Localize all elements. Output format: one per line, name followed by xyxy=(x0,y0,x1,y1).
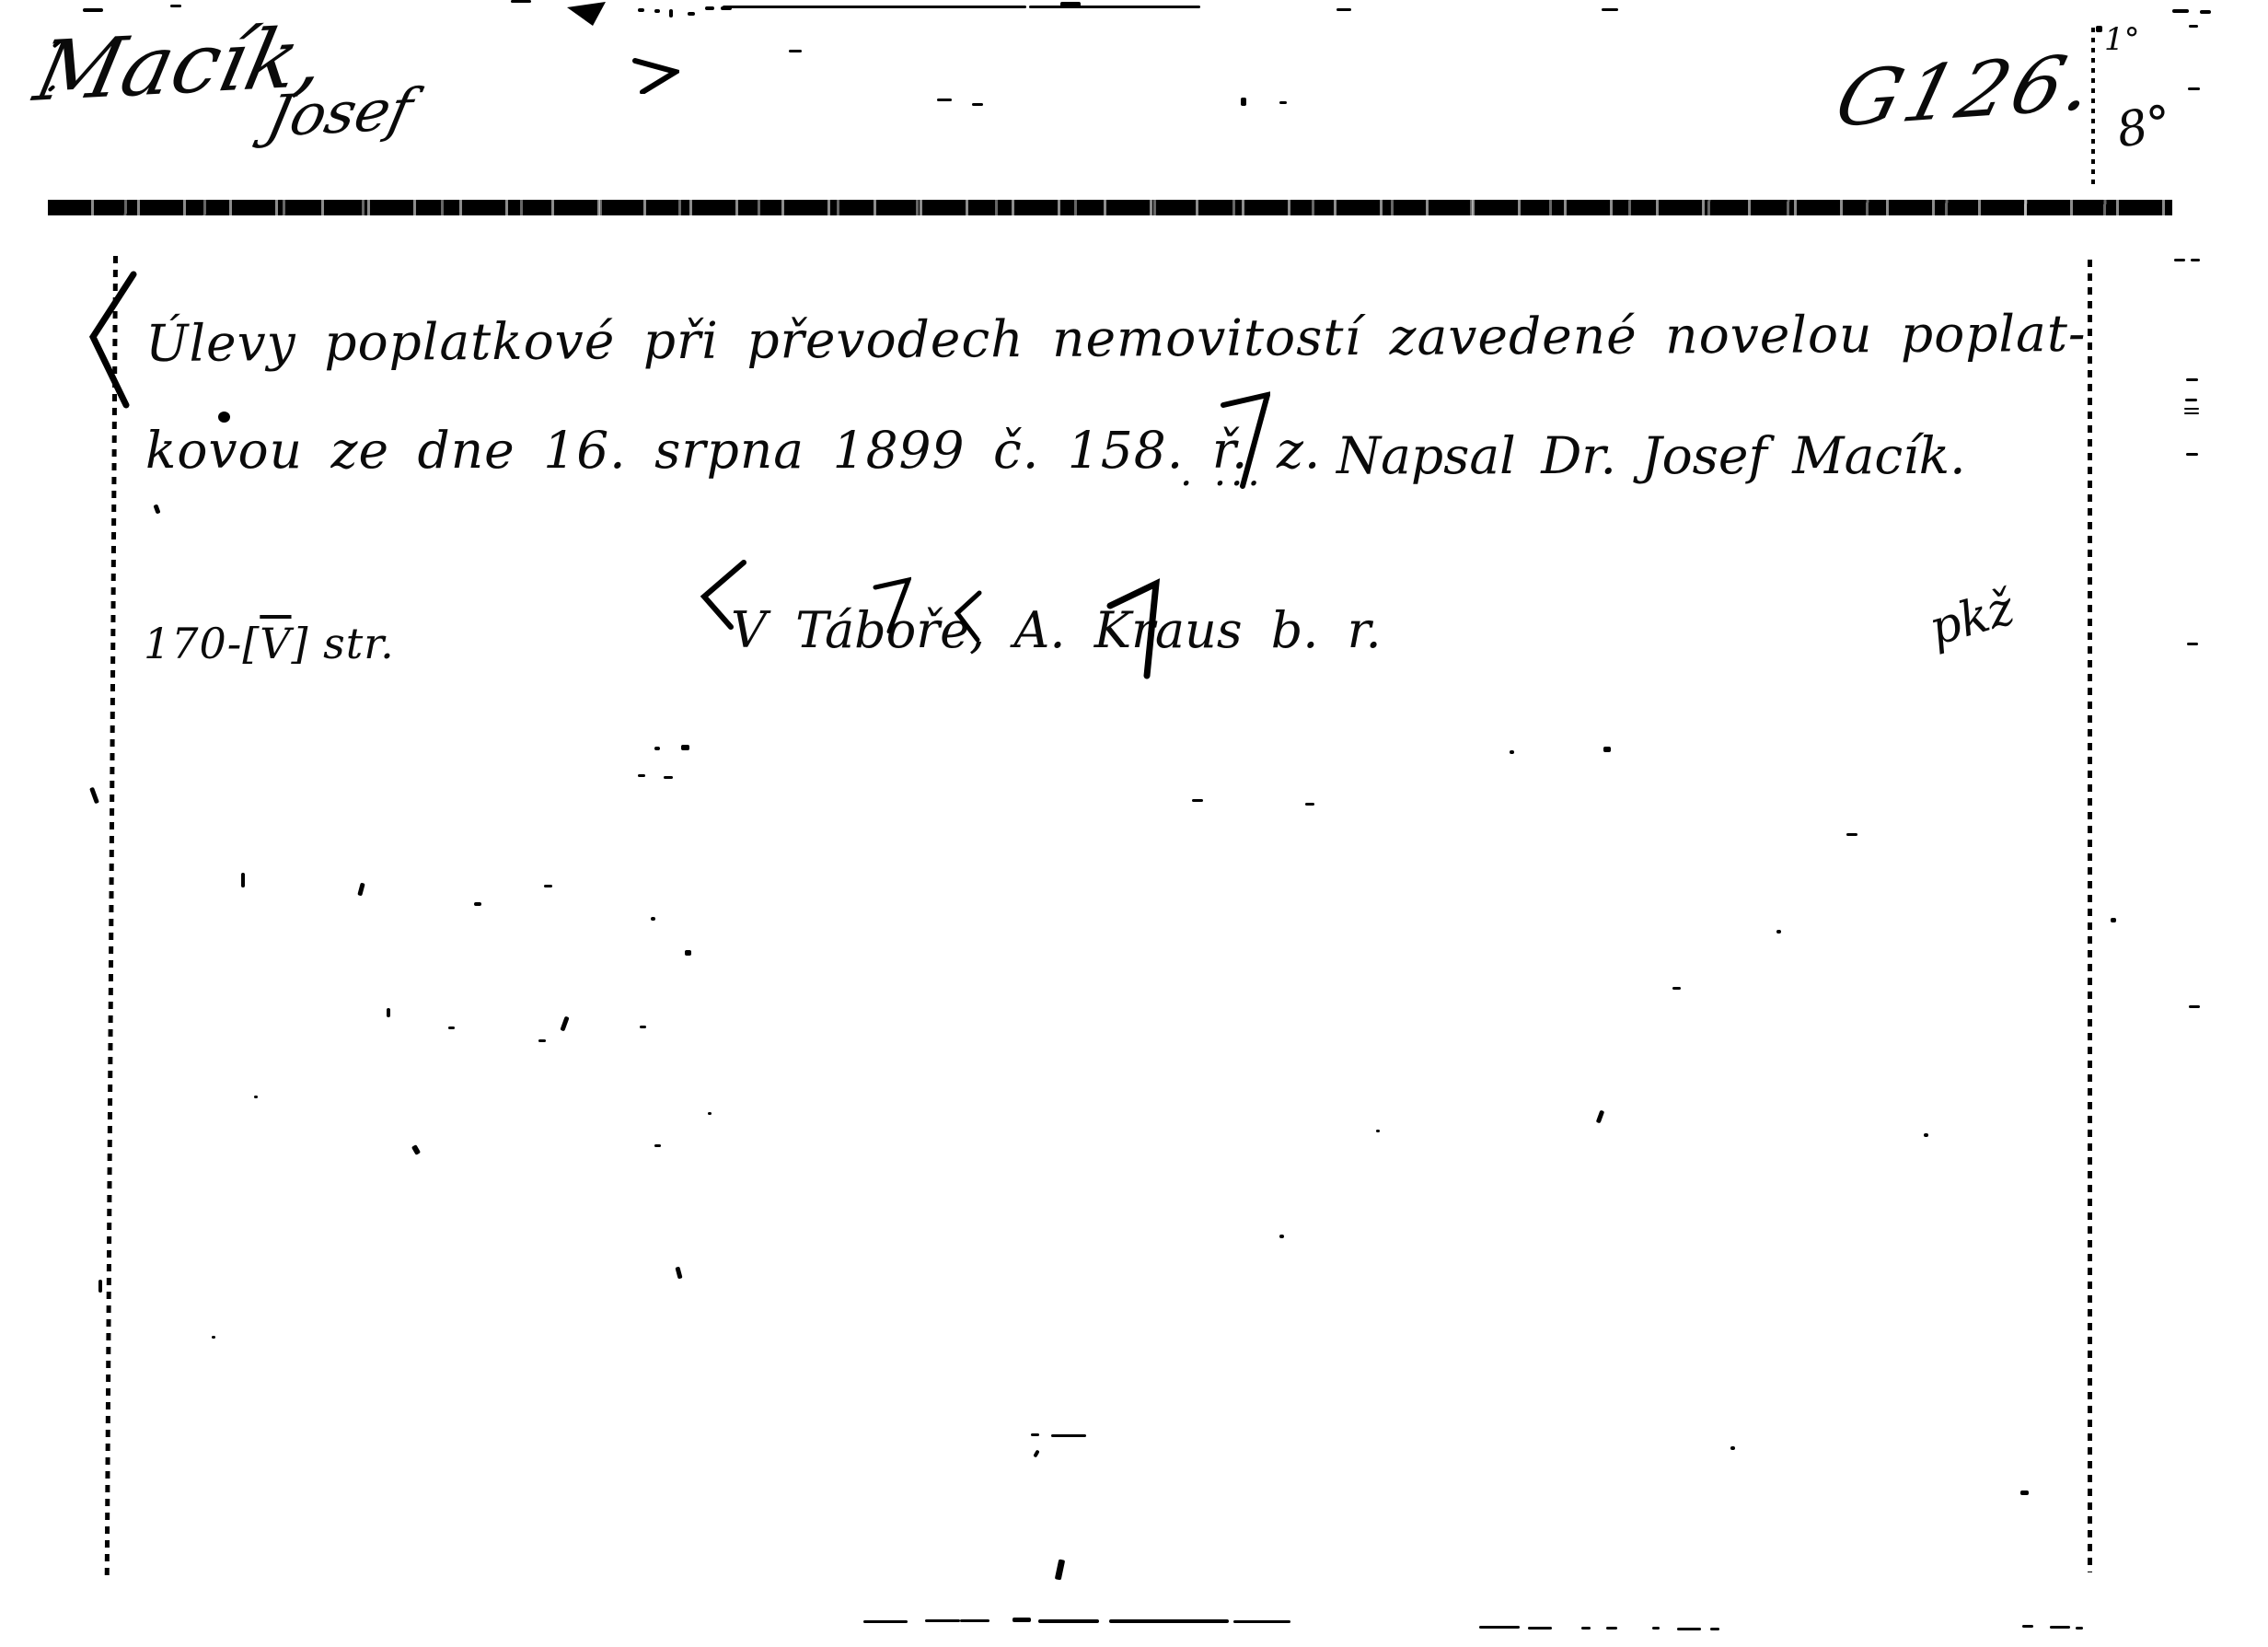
scan-speck xyxy=(2200,10,2211,14)
collation-note: 170-[V] str. xyxy=(144,622,395,665)
scan-speck xyxy=(218,412,230,423)
scan-speck xyxy=(1031,1433,1039,1436)
scan-speck xyxy=(2111,918,2116,922)
scan-speck xyxy=(640,1026,646,1028)
scan-speck xyxy=(1528,1627,1552,1630)
scan-speck xyxy=(2188,87,2200,90)
scan-speck xyxy=(1602,8,1618,11)
header-rule xyxy=(48,200,2172,215)
scan-speck xyxy=(98,1280,102,1293)
scan-speck xyxy=(1279,1235,1284,1238)
cataloger-mark: pkž xyxy=(1925,584,2019,653)
scan-speck xyxy=(474,902,481,906)
scan-speck xyxy=(1776,930,1781,934)
scan-speck xyxy=(387,1008,390,1017)
scan-speck xyxy=(2076,1627,2083,1630)
scan-speck xyxy=(2189,1005,2200,1008)
author-given-name: Josef xyxy=(262,81,418,145)
scan-speck xyxy=(1033,1450,1039,1458)
scan-speck xyxy=(89,787,99,805)
title-line-1: Úlevy poplatkové při převodech nemovitos… xyxy=(145,308,2087,369)
scan-speck xyxy=(2186,453,2198,456)
scan-speck xyxy=(1233,1620,1290,1623)
scan-speck xyxy=(1652,1627,1660,1630)
scan-speck xyxy=(1596,1110,1604,1124)
scan-speck xyxy=(1336,8,1351,11)
scan-speck xyxy=(1038,1619,1099,1623)
scan-speck xyxy=(1376,1130,1380,1132)
angle-right-mark-br xyxy=(1105,578,1165,679)
scan-speck xyxy=(448,1026,455,1029)
author-statement: Napsal Dr. Josef Macík. xyxy=(1336,431,1966,481)
scan-speck xyxy=(1730,1446,1735,1450)
scan-speck xyxy=(544,885,552,887)
scan-speck xyxy=(708,1112,712,1115)
scan-speck xyxy=(241,873,245,887)
insertion-caret-mark xyxy=(1221,390,1270,490)
caret-right-mark-header xyxy=(631,48,679,94)
scan-speck xyxy=(1606,1627,1617,1630)
scan-speck xyxy=(1581,1627,1591,1630)
scan-speck xyxy=(705,6,714,10)
scan-speck xyxy=(254,1096,258,1098)
scan-speck xyxy=(1710,1628,1719,1630)
collation-suffix: ] str. xyxy=(292,619,395,668)
scan-speck xyxy=(863,1620,908,1623)
scan-speck xyxy=(1192,799,1203,802)
scan-speck xyxy=(688,12,695,16)
scan-speck xyxy=(1924,1133,1928,1137)
scan-speck xyxy=(675,1267,682,1280)
format-note: 8° xyxy=(2113,99,2175,155)
scan-speck xyxy=(638,8,644,12)
scan-speck xyxy=(83,8,103,12)
scan-speck xyxy=(1846,833,1857,836)
scan-speck xyxy=(153,504,160,514)
scan-speck xyxy=(1672,987,1681,990)
scan-speck xyxy=(411,1144,421,1155)
scan-speck xyxy=(170,5,181,7)
caret-mark-imprint xyxy=(873,576,911,633)
scan-speck xyxy=(1109,1619,1229,1623)
scan-speck xyxy=(2191,259,2200,261)
scan-speck xyxy=(2187,643,2198,645)
scan-speck xyxy=(560,1016,569,1032)
scan-speck xyxy=(357,883,364,897)
scan-speck xyxy=(937,99,952,101)
imprint-note: V Táboře, A. Kraus b. r. xyxy=(731,606,1382,655)
scan-speck xyxy=(1029,6,1200,8)
scan-speck xyxy=(2185,399,2197,401)
scan-speck xyxy=(1677,1628,1701,1630)
angle-left-mark-imprint xyxy=(700,558,749,630)
scan-speck xyxy=(972,103,983,106)
scan-speck xyxy=(654,1144,661,1147)
collation-prefix: 170-[ xyxy=(144,619,260,668)
scan-speck xyxy=(1305,803,1314,806)
call-number: G126. xyxy=(1829,43,2106,138)
scan-speck xyxy=(1279,101,1287,104)
left-margin-dotted-line xyxy=(105,256,118,1580)
scan-speck xyxy=(654,747,660,750)
scan-speck xyxy=(685,950,691,956)
scan-speck xyxy=(1479,1626,1520,1629)
format-note-small: 1° xyxy=(2104,24,2140,55)
scan-speck xyxy=(2174,259,2185,261)
scan-speck xyxy=(2050,1626,2070,1629)
scan-speck xyxy=(511,0,531,3)
scan-speck xyxy=(1241,98,1246,106)
scan-speck xyxy=(638,774,645,777)
scan-speck xyxy=(2184,408,2199,410)
scan-speck xyxy=(654,9,660,13)
triangle-mark xyxy=(567,2,606,26)
scan-speck xyxy=(1051,1434,1086,1437)
scan-speck xyxy=(1510,750,1514,754)
scan-speck xyxy=(960,1619,989,1622)
scan-speck xyxy=(789,50,802,52)
scan-speck xyxy=(1055,1560,1065,1581)
scan-speck xyxy=(1012,1618,1031,1622)
scan-speck xyxy=(2020,1490,2029,1495)
scan-speck xyxy=(669,9,673,17)
scan-speck xyxy=(1060,2,1081,8)
collation-roman-numeral: V xyxy=(260,619,291,668)
scan-speck xyxy=(664,776,673,779)
scan-speck xyxy=(681,745,689,750)
scan-speck xyxy=(538,1039,546,1042)
scan-speck xyxy=(2189,25,2198,28)
scan-speck xyxy=(723,6,1026,8)
scan-speck xyxy=(2186,378,2198,381)
scan-speck xyxy=(2022,1625,2033,1628)
scan-speck xyxy=(2172,9,2189,13)
angle-left-mark-br xyxy=(954,589,983,643)
scan-speck xyxy=(925,1619,960,1622)
scan-speck xyxy=(212,1336,215,1339)
title-line-2: kovou ze dne 16. srpna 1899 č. 158. ř. z… xyxy=(145,425,1321,476)
scan-speck xyxy=(1603,747,1611,752)
angle-left-mark-title xyxy=(87,269,138,409)
catalog-card-scan: Macík, Josef G126. 1° 8° Úlevy poplatkov… xyxy=(0,0,2268,1647)
right-margin-dotted-line xyxy=(2088,260,2092,1572)
scan-speck xyxy=(2096,26,2102,32)
scan-speck xyxy=(2184,412,2199,414)
scan-speck xyxy=(651,917,655,921)
